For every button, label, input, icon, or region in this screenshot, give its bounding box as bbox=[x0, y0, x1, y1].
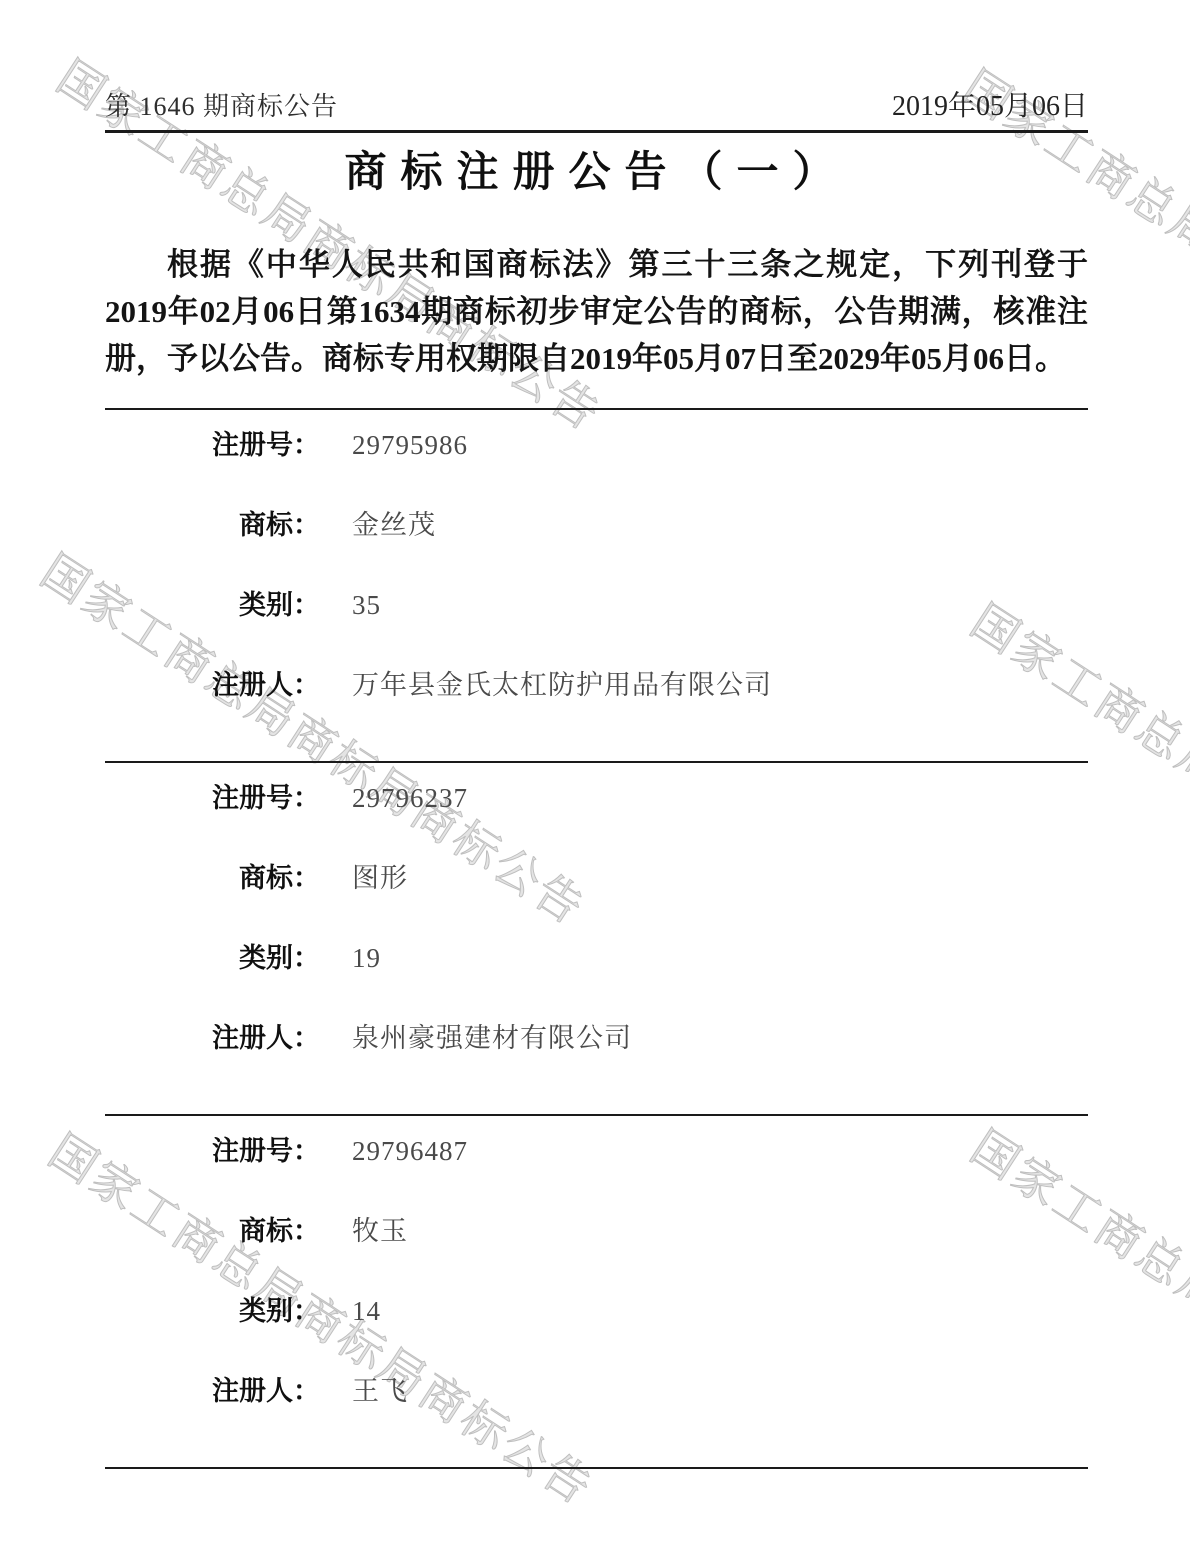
field-row-trademark: 商标： 金丝茂 bbox=[105, 511, 1088, 539]
publication-date: 2019年05月06日 bbox=[892, 92, 1088, 122]
field-row-category: 类别： 19 bbox=[105, 944, 1088, 972]
gazette-page: 国家工商总局商标局商标公告 国家工商总局商标局商标公告 国家工商总局商标局商标公… bbox=[0, 0, 1190, 1564]
reg-no-value: 29796487 bbox=[352, 1137, 468, 1165]
field-row-trademark: 商标： 图形 bbox=[105, 864, 1088, 892]
reg-no-value: 29796237 bbox=[352, 784, 468, 812]
category-label: 类别： bbox=[105, 591, 320, 619]
registrant-label: 注册人： bbox=[105, 671, 320, 699]
category-value: 14 bbox=[352, 1297, 381, 1325]
trademark-record: 注册号： 29796487 商标： 牧玉 类别： 14 注册人： 王飞 bbox=[105, 1114, 1088, 1467]
reg-no-label: 注册号： bbox=[105, 431, 320, 459]
trademark-label: 商标： bbox=[105, 864, 320, 892]
category-value: 19 bbox=[352, 944, 381, 972]
trademark-value: 牧玉 bbox=[352, 1217, 408, 1245]
reg-no-label: 注册号： bbox=[105, 1137, 320, 1165]
category-label: 类别： bbox=[105, 1297, 320, 1325]
field-row-registrant: 注册人： 万年县金氏太杠防护用品有限公司 bbox=[105, 671, 1088, 699]
registrant-value: 万年县金氏太杠防护用品有限公司 bbox=[352, 671, 772, 699]
trademark-label: 商标： bbox=[105, 511, 320, 539]
field-row-reg-no: 注册号： 29796487 bbox=[105, 1137, 1088, 1165]
trademark-record: 注册号： 29796237 商标： 图形 类别： 19 注册人： 泉州豪强建材有… bbox=[105, 761, 1088, 1114]
category-label: 类别： bbox=[105, 944, 320, 972]
field-row-category: 类别： 35 bbox=[105, 591, 1088, 619]
registrant-value: 王飞 bbox=[352, 1377, 408, 1405]
reg-no-value: 29795986 bbox=[352, 431, 468, 459]
record-list: 注册号： 29795986 商标： 金丝茂 类别： 35 注册人： 万年县金氏太… bbox=[105, 408, 1088, 1469]
registrant-label: 注册人： bbox=[105, 1377, 320, 1405]
field-row-reg-no: 注册号： 29795986 bbox=[105, 431, 1088, 459]
field-row-registrant: 注册人： 王飞 bbox=[105, 1377, 1088, 1405]
field-row-registrant: 注册人： 泉州豪强建材有限公司 bbox=[105, 1024, 1088, 1052]
trademark-record: 注册号： 29795986 商标： 金丝茂 类别： 35 注册人： 万年县金氏太… bbox=[105, 408, 1088, 761]
category-value: 35 bbox=[352, 591, 381, 619]
page-header: 第 1646 期商标公告 2019年05月06日 bbox=[105, 92, 1088, 133]
intro-paragraph: 根据《中华人民共和国商标法》第三十三条之规定，下列刊登于2019年02月06日第… bbox=[105, 241, 1088, 382]
trademark-value: 图形 bbox=[352, 864, 408, 892]
issue-number: 第 1646 期商标公告 bbox=[105, 92, 338, 122]
page-title: 商标注册公告（一） bbox=[105, 147, 1088, 199]
registrant-value: 泉州豪强建材有限公司 bbox=[352, 1024, 632, 1052]
field-row-category: 类别： 14 bbox=[105, 1297, 1088, 1325]
trademark-label: 商标： bbox=[105, 1217, 320, 1245]
page-content: 第 1646 期商标公告 2019年05月06日 商标注册公告（一） 根据《中华… bbox=[105, 0, 1088, 1469]
field-row-reg-no: 注册号： 29796237 bbox=[105, 784, 1088, 812]
registrant-label: 注册人： bbox=[105, 1024, 320, 1052]
field-row-trademark: 商标： 牧玉 bbox=[105, 1217, 1088, 1245]
reg-no-label: 注册号： bbox=[105, 784, 320, 812]
trademark-value: 金丝茂 bbox=[352, 511, 436, 539]
bottom-rule bbox=[105, 1467, 1088, 1469]
